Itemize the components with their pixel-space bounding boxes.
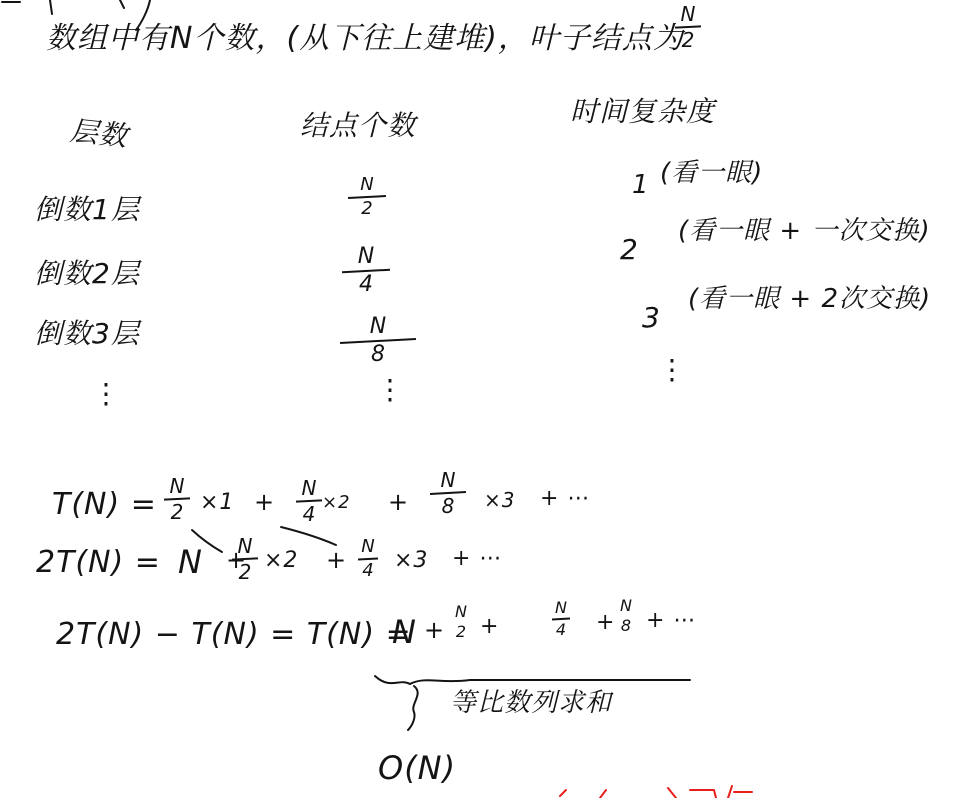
eq1-term-3: N 8	[430, 470, 466, 516]
eq2-lead: N	[178, 546, 203, 578]
fraction-denominator: 2	[239, 562, 252, 582]
brace-line	[375, 676, 690, 684]
eq1-term-1: N 2	[164, 476, 190, 522]
fraction-numerator: N	[170, 476, 185, 496]
eq3-term-1: N 2	[454, 604, 468, 640]
result-complexity: O(N)	[378, 752, 456, 784]
brace-label: 等比数列求和	[450, 690, 612, 716]
row-index-1: 1	[632, 172, 650, 198]
fraction-numerator: N	[302, 478, 317, 498]
eq3-plus-2: +	[480, 616, 499, 638]
intro-fraction: N 2	[675, 4, 701, 50]
fraction-denominator: 2	[682, 30, 695, 50]
eq3-tail: + ⋯	[646, 610, 696, 632]
fraction-numerator: N	[455, 604, 467, 620]
fraction-denominator: 8	[442, 496, 455, 516]
fraction-denominator: 4	[556, 622, 566, 638]
eq1-mult-2: ×2	[322, 494, 351, 512]
eq2-term-1: N 2	[232, 536, 258, 582]
fraction-denominator: 8	[621, 618, 631, 634]
row-level-2: 倒数2层	[34, 260, 140, 288]
row-cost-3: (看一眼 + 2次交换)	[688, 286, 931, 312]
fraction-numerator: N	[360, 176, 373, 194]
row-level-1: 倒数1层	[34, 196, 140, 224]
row-nodes-3: N 8	[340, 316, 416, 366]
eq1-mult-1: ×1	[200, 492, 234, 514]
fraction-numerator: N	[555, 600, 567, 616]
header-levels: 层数	[69, 117, 130, 151]
eq2-mult-1: ×2	[264, 550, 298, 572]
header-node-count: 结点个数	[300, 112, 416, 140]
fraction-denominator: 2	[171, 502, 184, 522]
eq1-tail: + ⋯	[540, 488, 590, 510]
eq3-lead: N	[392, 616, 417, 648]
eq1-plus-2: +	[388, 490, 409, 514]
fraction-numerator: N	[620, 598, 632, 614]
intro-text: 数组中有N个数，(从下往上建堆)，叶子结点为	[46, 24, 684, 54]
pen-strokes	[0, 0, 953, 798]
brace-hook	[408, 686, 418, 730]
eq3-term-2: N 4	[552, 600, 570, 638]
row-nodes-1: N 2	[348, 176, 386, 218]
eq3-lhs: 2T(N) − T(N) = T(N) =	[56, 620, 412, 650]
fraction-denominator: 4	[362, 562, 373, 580]
fraction-denominator: 4	[303, 504, 316, 524]
fraction-denominator: 8	[371, 344, 385, 366]
fraction-numerator: N	[441, 470, 456, 490]
row-cost-1: (看一眼)	[660, 160, 763, 186]
eq3-plus-3: +	[596, 612, 615, 634]
eq3-term-3: N 8	[620, 598, 632, 634]
row-index-2: 2	[620, 236, 639, 264]
fraction-numerator: N	[238, 536, 253, 556]
eq3-plus-1: +	[424, 618, 445, 642]
fraction-numerator: N	[358, 246, 374, 268]
fraction-numerator: N	[681, 4, 696, 24]
row-index-3: 3	[642, 304, 661, 332]
header-time-complexity: 时间复杂度	[570, 98, 715, 126]
eq1-lhs: T(N) =	[52, 490, 157, 520]
eq1-mult-3: ×3	[484, 490, 515, 510]
row-level-3: 倒数3层	[34, 320, 140, 348]
eq2-plus-2: +	[326, 548, 347, 572]
eq2-lhs: 2T(N) =	[36, 548, 161, 578]
eq2-term-2: N 4	[358, 538, 378, 580]
fraction-numerator: N	[370, 316, 386, 338]
ellipsis-costs: ⋮	[658, 356, 687, 384]
row-cost-2: (看一眼 + 一次交换)	[678, 218, 931, 244]
ellipsis-levels: ⋮	[92, 380, 121, 408]
row-nodes-2: N 4	[342, 246, 390, 296]
eq1-plus-1: +	[254, 490, 275, 514]
fraction-denominator: 2	[361, 200, 372, 218]
eq2-mult-2: ×3	[394, 550, 428, 572]
shift-arc-2	[281, 527, 336, 545]
fraction-denominator: 2	[456, 624, 466, 640]
eq2-tail: + ⋯	[452, 548, 502, 570]
red-stroke	[560, 786, 752, 798]
fraction-numerator: N	[361, 538, 374, 556]
handwritten-note-canvas: 数组中有N个数，(从下往上建堆)，叶子结点为 N 2 层数 结点个数 时间复杂度…	[0, 0, 953, 798]
fraction-denominator: 4	[359, 274, 373, 296]
eq1-term-2: N 4	[296, 478, 322, 524]
ellipsis-nodes: ⋮	[376, 376, 405, 404]
